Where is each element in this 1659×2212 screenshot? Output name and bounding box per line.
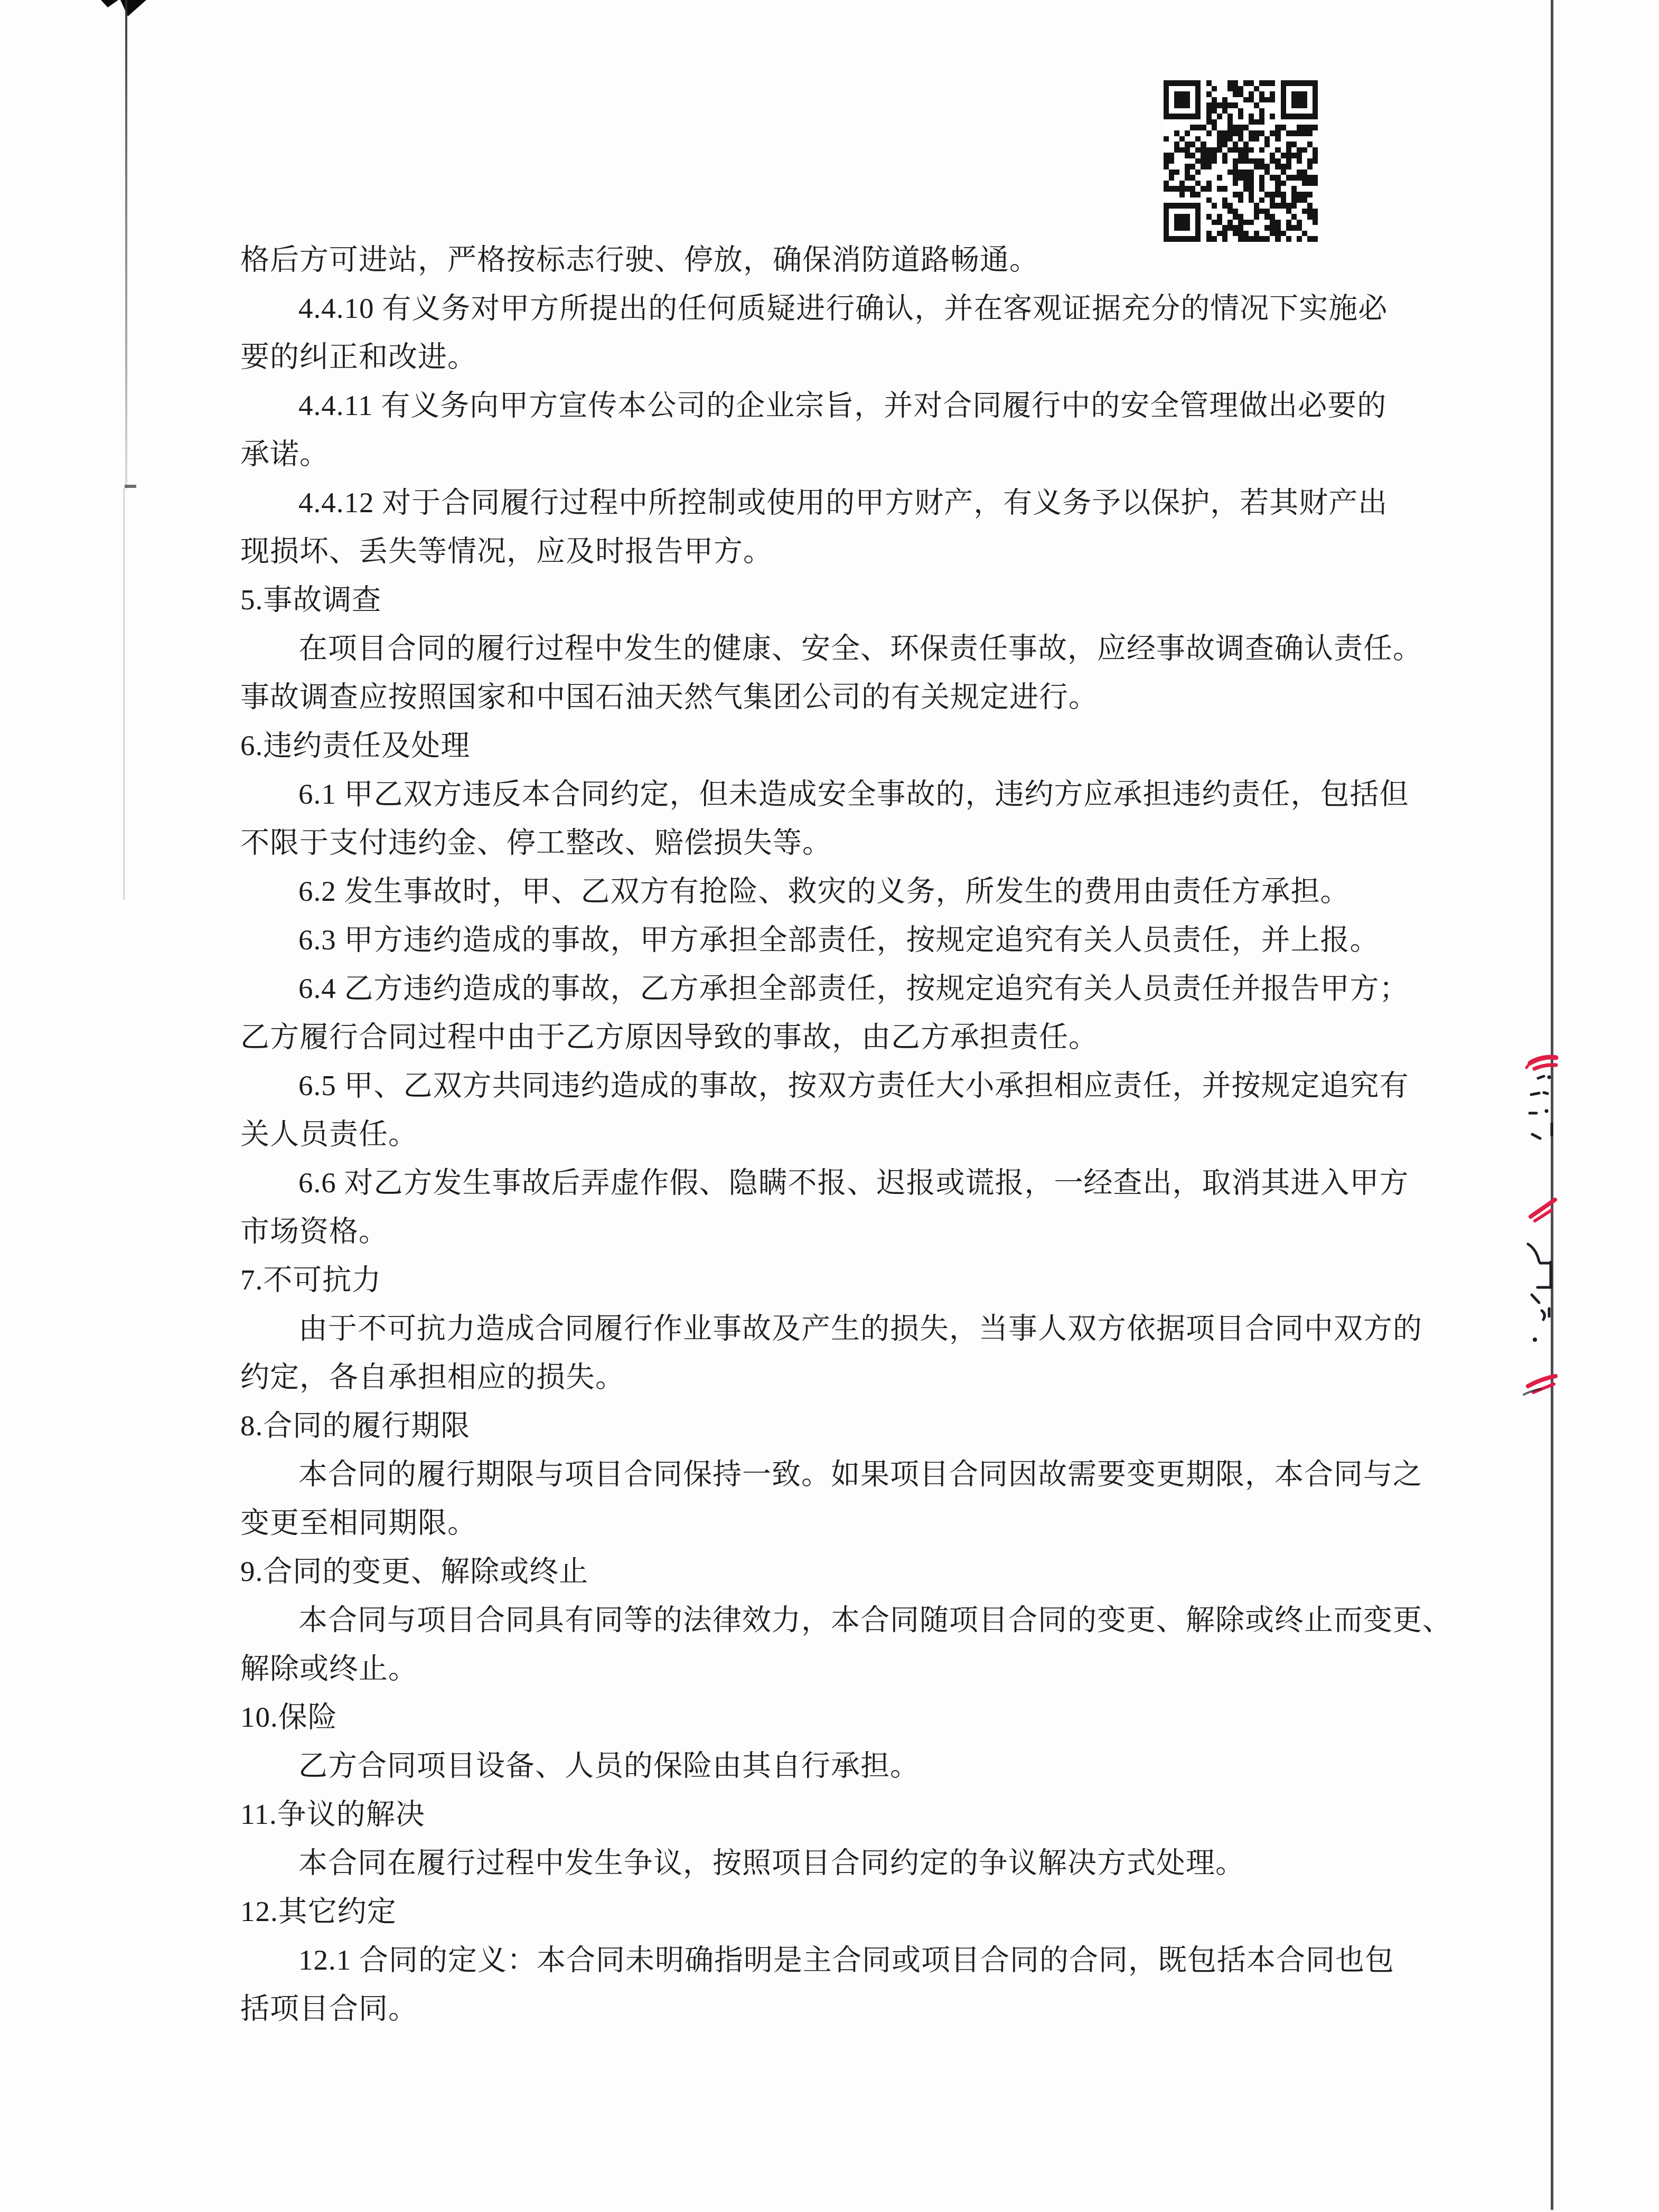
text-line: 约定，各自承担相应的损失。 <box>240 1353 1360 1401</box>
qr-code <box>1164 80 1318 242</box>
text-line: 12.其它约定 <box>240 1887 1360 1936</box>
text-line: 12.1 合同的定义：本合同未明确指明是主合同或项目合同的合同，既包括本合同也包 <box>240 1936 1360 1984</box>
red-pen-mark-3 <box>1524 1376 1555 1395</box>
page-edge-line-right <box>1551 0 1553 2210</box>
text-line: 5.事故调查 <box>240 576 1360 624</box>
text-line: 承诺。 <box>240 430 1360 478</box>
text-line: 6.1 甲乙双方违反本合同约定，但未造成安全事故的，违约方应承担违约责任，包括但 <box>240 770 1360 818</box>
red-pen-mark-1 <box>1526 1057 1556 1069</box>
text-line: 格后方可进站，严格按标志行驶、停放，确保消防道路畅通。 <box>240 236 1360 284</box>
text-line: 括项目合同。 <box>240 1984 1360 2033</box>
text-line: 要的纠正和改进。 <box>240 333 1360 381</box>
text-line: 本合同在履行过程中发生争议，按照项目合同约定的争议解决方式处理。 <box>240 1839 1360 1887</box>
handwriting-marks-lower <box>1528 1244 1551 1342</box>
text-line: 在项目合同的履行过程中发生的健康、安全、环保责任事故，应经事故调查确认责任。 <box>240 624 1360 673</box>
text-line: 6.2 发生事故时，甲、乙双方有抢险、救灾的义务，所发生的费用由责任方承担。 <box>240 867 1360 916</box>
text-line: 6.3 甲方违约造成的事故，甲方承担全部责任，按规定追究有关人员责任，并上报。 <box>240 916 1360 964</box>
text-line: 6.4 乙方违约造成的事故，乙方承担全部责任，按规定追究有关人员责任并报告甲方； <box>240 964 1360 1013</box>
handwriting-marks-upper <box>1530 1076 1552 1139</box>
text-line: 9.合同的变更、解除或终止 <box>240 1547 1360 1596</box>
scanned-contract-page: 格后方可进站，严格按标志行驶、停放，确保消防道路畅通。4.4.10 有义务对甲方… <box>0 0 1659 2212</box>
text-line: 事故调查应按照国家和中国石油天然气集团公司的有关规定进行。 <box>240 673 1360 721</box>
text-line: 7.不可抗力 <box>240 1256 1360 1304</box>
text-line: 6.5 甲、乙双方共同违约造成的事故，按双方责任大小承担相应责任，并按规定追究有 <box>240 1061 1360 1110</box>
text-line: 4.4.11 有义务向甲方宣传本公司的企业宗旨，并对合同履行中的安全管理做出必要… <box>240 381 1360 430</box>
text-line: 4.4.12 对于合同履行过程中所控制或使用的甲方财产，有义务予以保护，若其财产… <box>240 478 1360 527</box>
text-line: 10.保险 <box>240 1693 1360 1742</box>
text-line: 由于不可抗力造成合同履行作业事故及产生的损失，当事人双方依据项目合同中双方的 <box>240 1304 1360 1353</box>
text-line: 6.违约责任及处理 <box>240 721 1360 770</box>
text-line: 变更至相同期限。 <box>240 1499 1360 1547</box>
red-pen-mark-2 <box>1531 1200 1555 1221</box>
text-line: 乙方合同项目设备、人员的保险由其自行承担。 <box>240 1742 1360 1790</box>
text-line: 4.4.10 有义务对甲方所提出的任何质疑进行确认，并在客观证据充分的情况下实施… <box>240 284 1360 333</box>
text-line: 本合同与项目合同具有同等的法律效力，本合同随项目合同的变更、解除或终止而变更、 <box>240 1596 1360 1644</box>
text-line: 6.6 对乙方发生事故后弄虚作假、隐瞒不报、迟报或谎报，一经查出，取消其进入甲方 <box>240 1159 1360 1207</box>
text-line: 本合同的履行期限与项目合同保持一致。如果项目合同因故需要变更期限，本合同与之 <box>240 1450 1360 1499</box>
text-line: 8.合同的履行期限 <box>240 1401 1360 1450</box>
text-line: 11.争议的解决 <box>240 1790 1360 1839</box>
text-line: 市场资格。 <box>240 1207 1360 1256</box>
text-line: 乙方履行合同过程中由于乙方原因导致的事故，由乙方承担责任。 <box>240 1013 1360 1061</box>
text-line: 不限于支付违约金、停工整改、赔偿损失等。 <box>240 818 1360 867</box>
text-line: 关人员责任。 <box>240 1110 1360 1159</box>
page-edge-artifact-left <box>101 0 146 900</box>
contract-body-text: 格后方可进站，严格按标志行驶、停放，确保消防道路畅通。4.4.10 有义务对甲方… <box>240 236 1360 2033</box>
text-line: 解除或终止。 <box>240 1644 1360 1693</box>
text-line: 现损坏、丢失等情况，应及时报告甲方。 <box>240 527 1360 576</box>
